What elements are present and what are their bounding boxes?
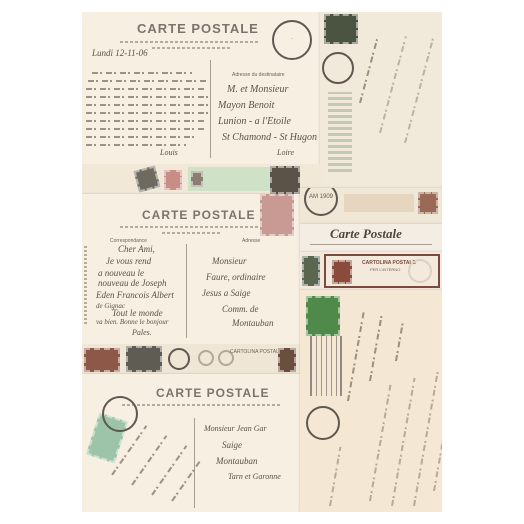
handwriting — [379, 36, 407, 133]
postmark-icon — [168, 348, 190, 370]
handwriting — [88, 80, 206, 82]
address-line: Monsieur Jean Gar — [204, 424, 267, 433]
date-text: Lundi 12-11-06 — [92, 48, 148, 58]
address-line: Montauban — [216, 456, 258, 466]
address-line: Mayon Benoit — [218, 100, 274, 111]
handwriting — [86, 88, 206, 90]
stamp-strip-1 — [82, 164, 322, 194]
wavy-cancellation — [310, 336, 342, 396]
stamp-dark — [270, 166, 300, 194]
cartolina-frame: CARTOLINA POSTALE PER L'INTERNO — [324, 254, 440, 288]
handwriting — [391, 378, 416, 506]
handwriting — [404, 36, 434, 143]
stamp-red-brown — [84, 348, 120, 372]
address-line: St Chamond - St Hugon — [222, 132, 317, 143]
handwriting — [86, 104, 208, 106]
handwriting — [369, 312, 383, 381]
address-label: Adresse — [242, 238, 260, 244]
handwriting — [86, 112, 208, 114]
postcard-top-right — [320, 12, 442, 188]
postmark-icon — [322, 52, 354, 84]
divider-line — [194, 418, 195, 508]
stamp-pink — [134, 166, 161, 193]
handwriting — [86, 120, 206, 122]
handwriting — [369, 383, 392, 502]
handwriting — [92, 72, 192, 74]
postcard-collage: CARTE POSTALE Lundi 12-11-06 Louis Adres… — [82, 12, 442, 512]
divider-line — [210, 60, 211, 158]
stamp-pink — [164, 170, 182, 190]
postcard-middle-right-top: AM 1909 — [300, 188, 442, 224]
message-line: Je vous rend — [106, 256, 151, 266]
postmark-icon — [408, 259, 432, 283]
stamp-brown — [418, 192, 438, 214]
address-line: Monsieur — [212, 256, 247, 266]
stamp-dark — [126, 346, 162, 372]
decorative-cancellation — [328, 92, 352, 172]
address-line: Montauban — [232, 318, 274, 328]
handwriting — [347, 312, 365, 401]
message-line: va bien. Bonne le bonjour — [96, 318, 169, 326]
address-line: Jesus a Saige — [202, 288, 251, 298]
stamp-green-dark — [302, 256, 320, 286]
handwriting — [359, 35, 379, 103]
subtitle-text — [122, 404, 282, 406]
cartolina-title: CARTOLINA POSTALE — [362, 260, 416, 266]
postcard-top-left: CARTE POSTALE Lundi 12-11-06 Louis Adres… — [82, 12, 322, 164]
message-line: Cher Ami, — [118, 244, 155, 254]
handwriting — [86, 136, 196, 138]
card-title: CARTE POSTALE — [137, 21, 259, 36]
handwriting — [86, 144, 186, 146]
cartolina-subtitle: PER L'INTERNO — [370, 267, 400, 272]
address-line: Saige — [222, 440, 242, 450]
postmark-icon — [306, 406, 340, 440]
address-line: Lunion - a l'Etoile — [218, 116, 291, 127]
postcard-bottom-right — [300, 290, 442, 512]
stamp-dark-green — [324, 14, 358, 44]
stamp-strip-2: CARTOLINA POSTALE — [82, 344, 300, 374]
address-line: M. et Monsieur — [227, 84, 288, 95]
handwriting — [433, 343, 442, 491]
cartolina-label: CARTOLINA POSTALE — [230, 349, 282, 355]
carte-postale-banner: Carte Postale — [300, 224, 442, 252]
message-line: Eden Francois Albert — [96, 290, 174, 300]
stamp-brown — [191, 171, 203, 187]
divider-line — [186, 244, 187, 338]
signature: Louis — [160, 148, 178, 157]
address-line: Tarn et Garonne — [228, 472, 281, 481]
postcard-bottom-left: CARTE POSTALE Monsieur Jean Gar Saige Mo… — [82, 374, 300, 512]
address-line: Faure, ordinaire — [206, 272, 266, 282]
postmark-icon: AM 1909 — [304, 188, 338, 216]
cartolina-postale: CARTOLINA POSTALE PER L'INTERNO — [300, 252, 442, 290]
message-line: Tout le monde — [112, 308, 163, 318]
stamp-pink — [260, 194, 294, 236]
postmark-icon — [102, 396, 138, 432]
handwriting — [171, 459, 201, 501]
postal-card-green — [188, 167, 270, 191]
stamp-red-brown — [332, 260, 352, 284]
handwriting — [86, 128, 204, 130]
subtitle-text — [120, 41, 260, 43]
message-line: nouveau de Joseph — [98, 278, 166, 288]
message-line: a nouveau le — [98, 268, 144, 278]
handwriting — [329, 447, 341, 506]
label-box — [344, 194, 414, 212]
divider-line — [310, 244, 432, 245]
subtitle-text — [152, 47, 232, 49]
subtitle-text — [120, 226, 270, 228]
handwriting — [86, 96, 208, 98]
banner-title: Carte Postale — [330, 226, 402, 242]
card-title: CARTE POSTALE — [156, 386, 269, 400]
handwriting — [395, 321, 404, 361]
card-title: CARTE POSTALE — [142, 208, 255, 222]
postmark-icon: · — [272, 20, 312, 60]
postmark-icon — [198, 350, 214, 366]
vertical-text — [84, 244, 87, 324]
address-label: Adresse du destinataire — [232, 72, 285, 78]
address-line: Loire — [277, 148, 294, 157]
message-line: Pales. — [132, 328, 152, 337]
stamp-brown — [278, 348, 296, 372]
subtitle-text — [162, 232, 222, 234]
postcard-middle-left: CARTE POSTALE Correspondance Adresse Che… — [82, 194, 300, 344]
address-line: Comm. de — [222, 304, 259, 314]
stamp-green — [306, 296, 340, 336]
